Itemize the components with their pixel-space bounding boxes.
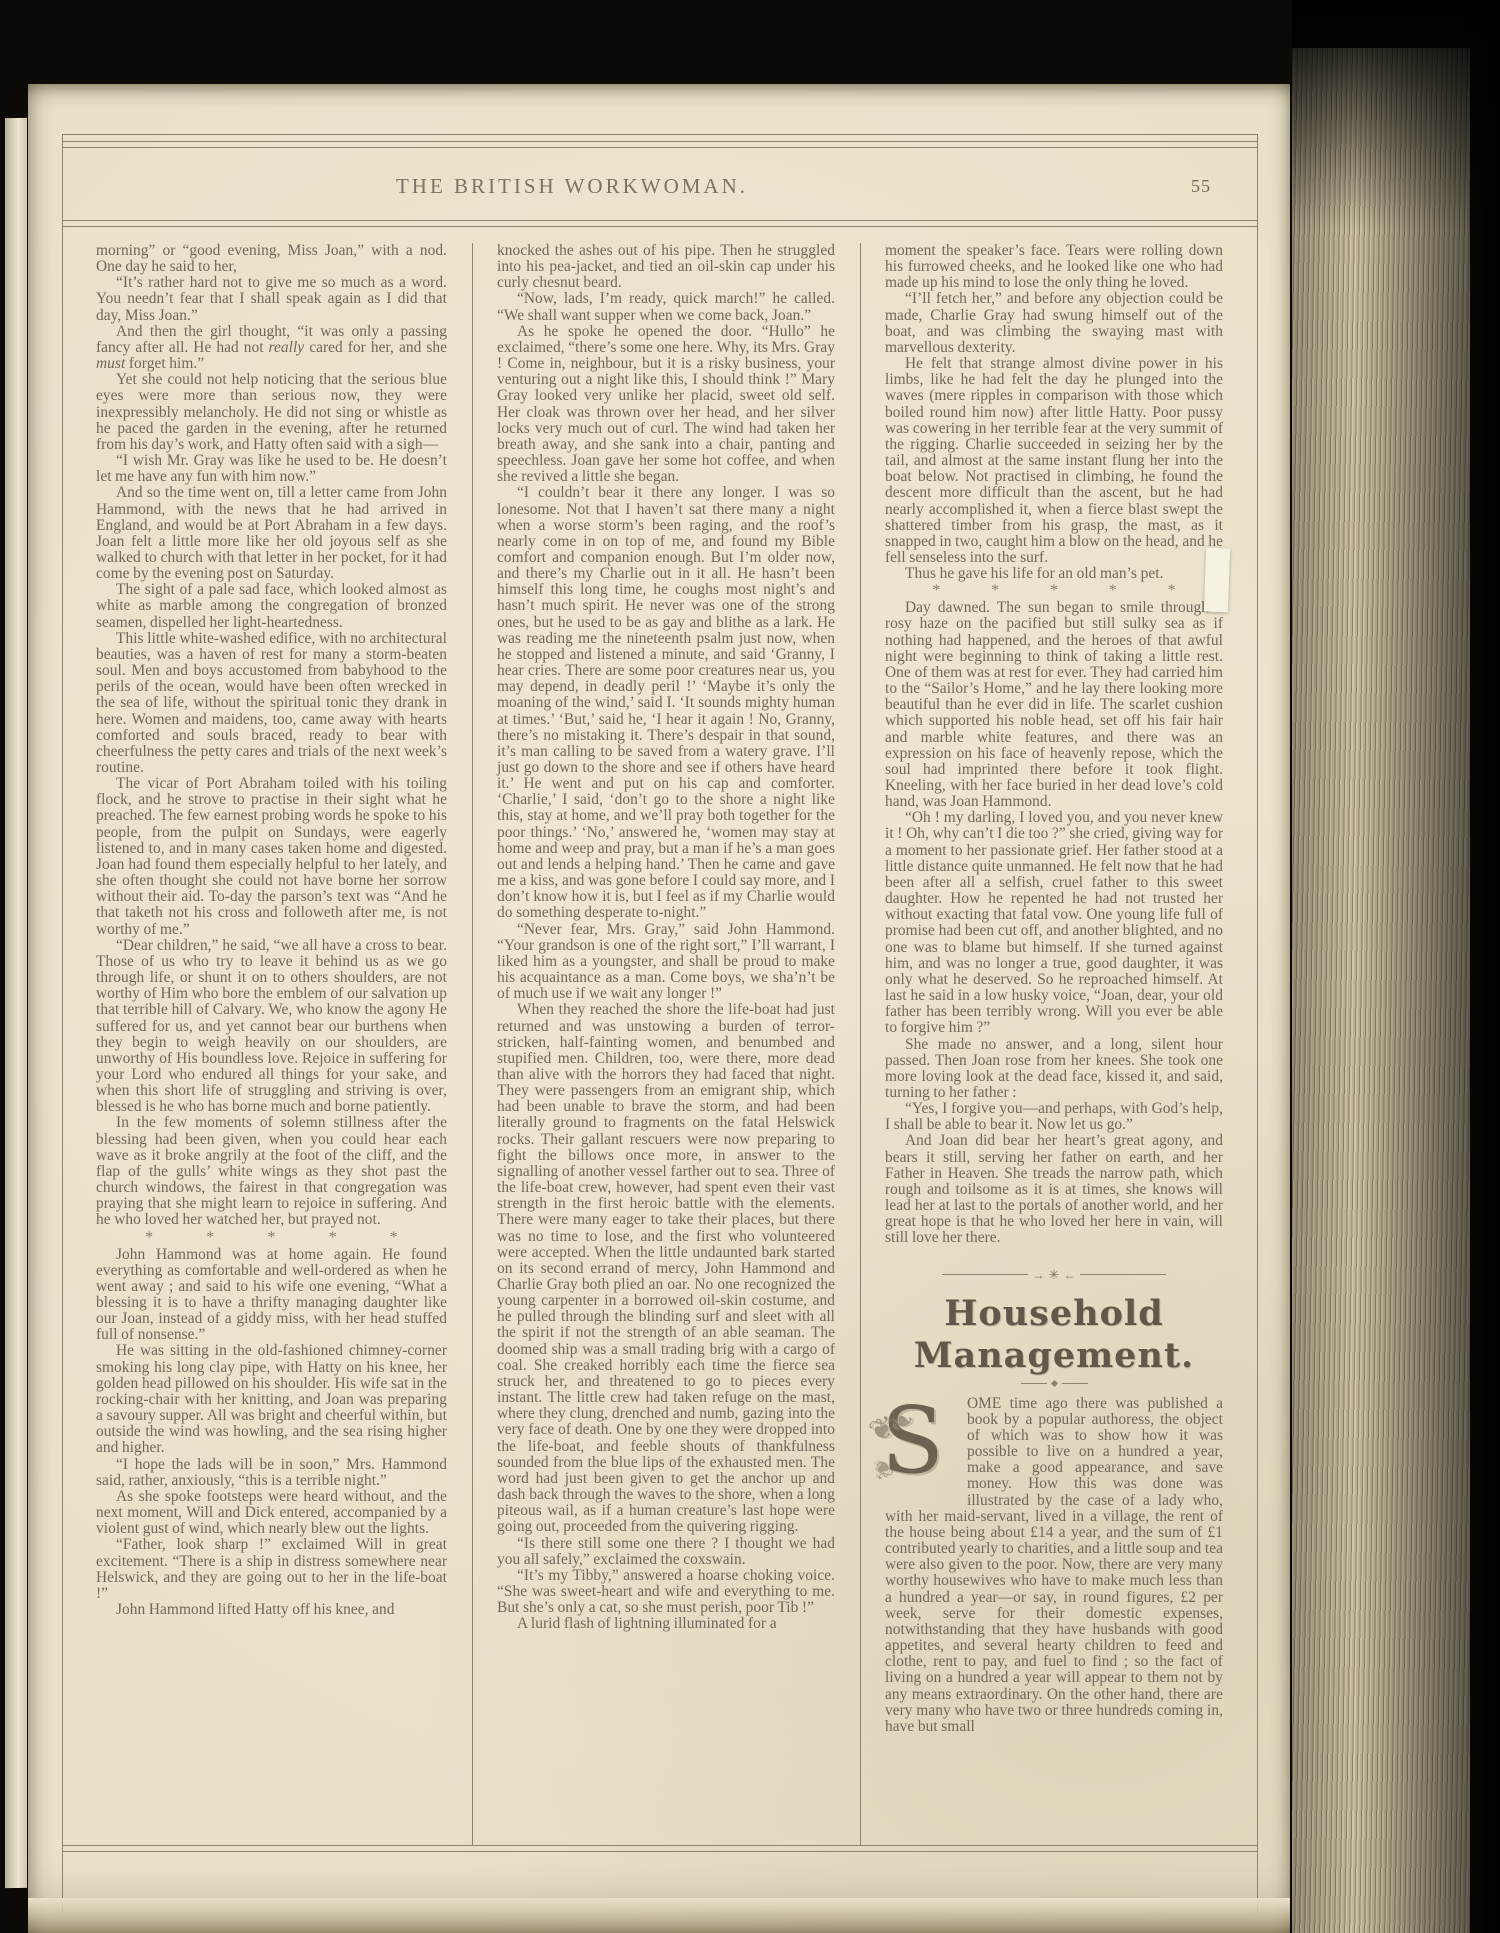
photographed-book-page: { "header": { "title": "THE BRITISH WORK… <box>0 0 1500 1933</box>
paragraph: And so the time went on, till a letter c… <box>96 485 447 582</box>
paragraph: He was sitting in the old-fashioned chim… <box>96 1343 447 1456</box>
paragraph: “I couldn’t bear it there any longer. I … <box>497 485 835 921</box>
paragraph: John Hammond lifted Hatty off his knee, … <box>96 1602 447 1618</box>
star-glyph: * <box>329 1230 337 1246</box>
column-3: moment the speaker’s face. Tears were ro… <box>860 243 1235 1845</box>
paragraph: “Never fear, Mrs. Gray,” said John Hammo… <box>497 922 835 1003</box>
page-number: 55 <box>1191 176 1211 197</box>
bookmark-sliver <box>1204 548 1230 613</box>
paragraph: A lurid flash of lightning illuminated f… <box>497 1616 835 1632</box>
star-glyph: * <box>1050 583 1058 599</box>
paragraph: “It’s rather hard not to give me so much… <box>96 275 447 323</box>
paragraph: As he spoke he opened the door. “Hullo” … <box>497 324 835 486</box>
top-double-rule <box>63 141 1257 148</box>
star-glyph: * <box>267 1230 275 1246</box>
page-header: THE BRITISH WORKWOMAN. 55 <box>63 148 1257 220</box>
star-glyph: * <box>1109 583 1117 599</box>
column-2: knocked the ashes out of his pipe. Then … <box>472 243 847 1845</box>
paragraph: She made no answer, and a long, silent h… <box>885 1037 1223 1102</box>
masthead-title: THE BRITISH WORKWOMAN. <box>0 174 1169 199</box>
paragraph: “Is there still some one there ? I thoug… <box>497 1536 835 1568</box>
divider-line <box>1080 1274 1166 1275</box>
paragraph: The sight of a pale sad face, which look… <box>96 582 447 630</box>
paragraph: This little white-washed edifice, with n… <box>96 631 447 776</box>
arrow-left-glyph: ← <box>1063 1270 1075 1280</box>
ornament-divider: →✳← <box>885 1267 1223 1283</box>
paragraph: “I’ll fetch her,” and before any objecti… <box>885 291 1223 356</box>
bottom-double-rule <box>63 1845 1257 1852</box>
star-glyph: * <box>390 1230 398 1246</box>
printed-frame: THE BRITISH WORKWOMAN. 55 morning” or “g… <box>62 134 1258 1912</box>
paragraph: John Hammond was at home again. He found… <box>96 1247 447 1344</box>
paragraph: “Father, look sharp !” exclaimed Will in… <box>96 1537 447 1602</box>
arrow-right-glyph: → <box>1032 1270 1044 1280</box>
rule-line <box>1062 1383 1088 1384</box>
paragraph: “Yes, I forgive you—and perhaps, with Go… <box>885 1101 1223 1133</box>
paragraph: ❦❧❦SOME time ago there was published a b… <box>885 1396 1223 1735</box>
rule-diamond <box>1050 1380 1057 1387</box>
previous-page-edge <box>5 118 27 1888</box>
column-1: morning” or “good evening, Miss Joan,” w… <box>84 243 459 1845</box>
scanned-page: THE BRITISH WORKWOMAN. 55 morning” or “g… <box>28 84 1290 1933</box>
star-glyph: * <box>932 583 940 599</box>
paragraph: “Now, lads, I’m ready, quick march!” he … <box>497 291 835 323</box>
paragraph: Day dawned. The sun began to smile throu… <box>885 600 1223 810</box>
rule-line <box>1021 1383 1047 1384</box>
paragraph: knocked the ashes out of his pipe. Then … <box>497 243 835 291</box>
paragraph: “Oh ! my darling, I loved you, and you n… <box>885 810 1223 1036</box>
paragraph: In the few moments of solemn stillness a… <box>96 1115 447 1228</box>
paragraph: “I hope the lads will be in soon,” Mrs. … <box>96 1457 447 1489</box>
small-rule <box>885 1381 1223 1386</box>
paragraph: morning” or “good evening, Miss Joan,” w… <box>96 243 447 275</box>
paragraph: He felt that strange almost divine power… <box>885 356 1223 566</box>
drop-cap: ❦❧❦S <box>881 1398 959 1496</box>
paragraph: “Dear children,” he said, “we all have a… <box>96 938 447 1116</box>
paragraph: moment the speaker’s face. Tears were ro… <box>885 243 1223 291</box>
paragraph: As she spoke footsteps were heard withou… <box>96 1489 447 1537</box>
paragraph: When they reached the shore the life-boa… <box>497 1002 835 1535</box>
paragraph: And Joan did bear her heart’s great agon… <box>885 1133 1223 1246</box>
page-bottom-curve <box>28 1898 1290 1933</box>
fore-edge-shadow <box>1292 0 1500 1933</box>
paragraph: The vicar of Port Abraham toiled with hi… <box>96 776 447 938</box>
header-double-rule <box>63 220 1257 227</box>
section-heading: Household Management. <box>885 1293 1223 1377</box>
star-glyph: * <box>145 1230 153 1246</box>
stars-separator: ***** <box>932 583 1175 599</box>
star-glyph: * <box>206 1230 214 1246</box>
star-glyph: * <box>1168 583 1176 599</box>
paragraph: “It’s my Tibby,” answered a hoarse choki… <box>497 1568 835 1616</box>
star-glyph: * <box>991 583 999 599</box>
flower-ornament-icon: ✳ <box>1049 1267 1060 1283</box>
paragraph: Thus he gave his life for an old man’s p… <box>885 566 1223 582</box>
paragraph: “I wish Mr. Gray was like he used to be.… <box>96 453 447 485</box>
paragraph: And then the girl thought, “it was only … <box>96 324 447 372</box>
paragraph: Yet she could not help noticing that the… <box>96 372 447 453</box>
column-container: morning” or “good evening, Miss Joan,” w… <box>63 227 1257 1845</box>
stars-separator: ***** <box>145 1230 398 1246</box>
divider-line <box>942 1274 1028 1275</box>
